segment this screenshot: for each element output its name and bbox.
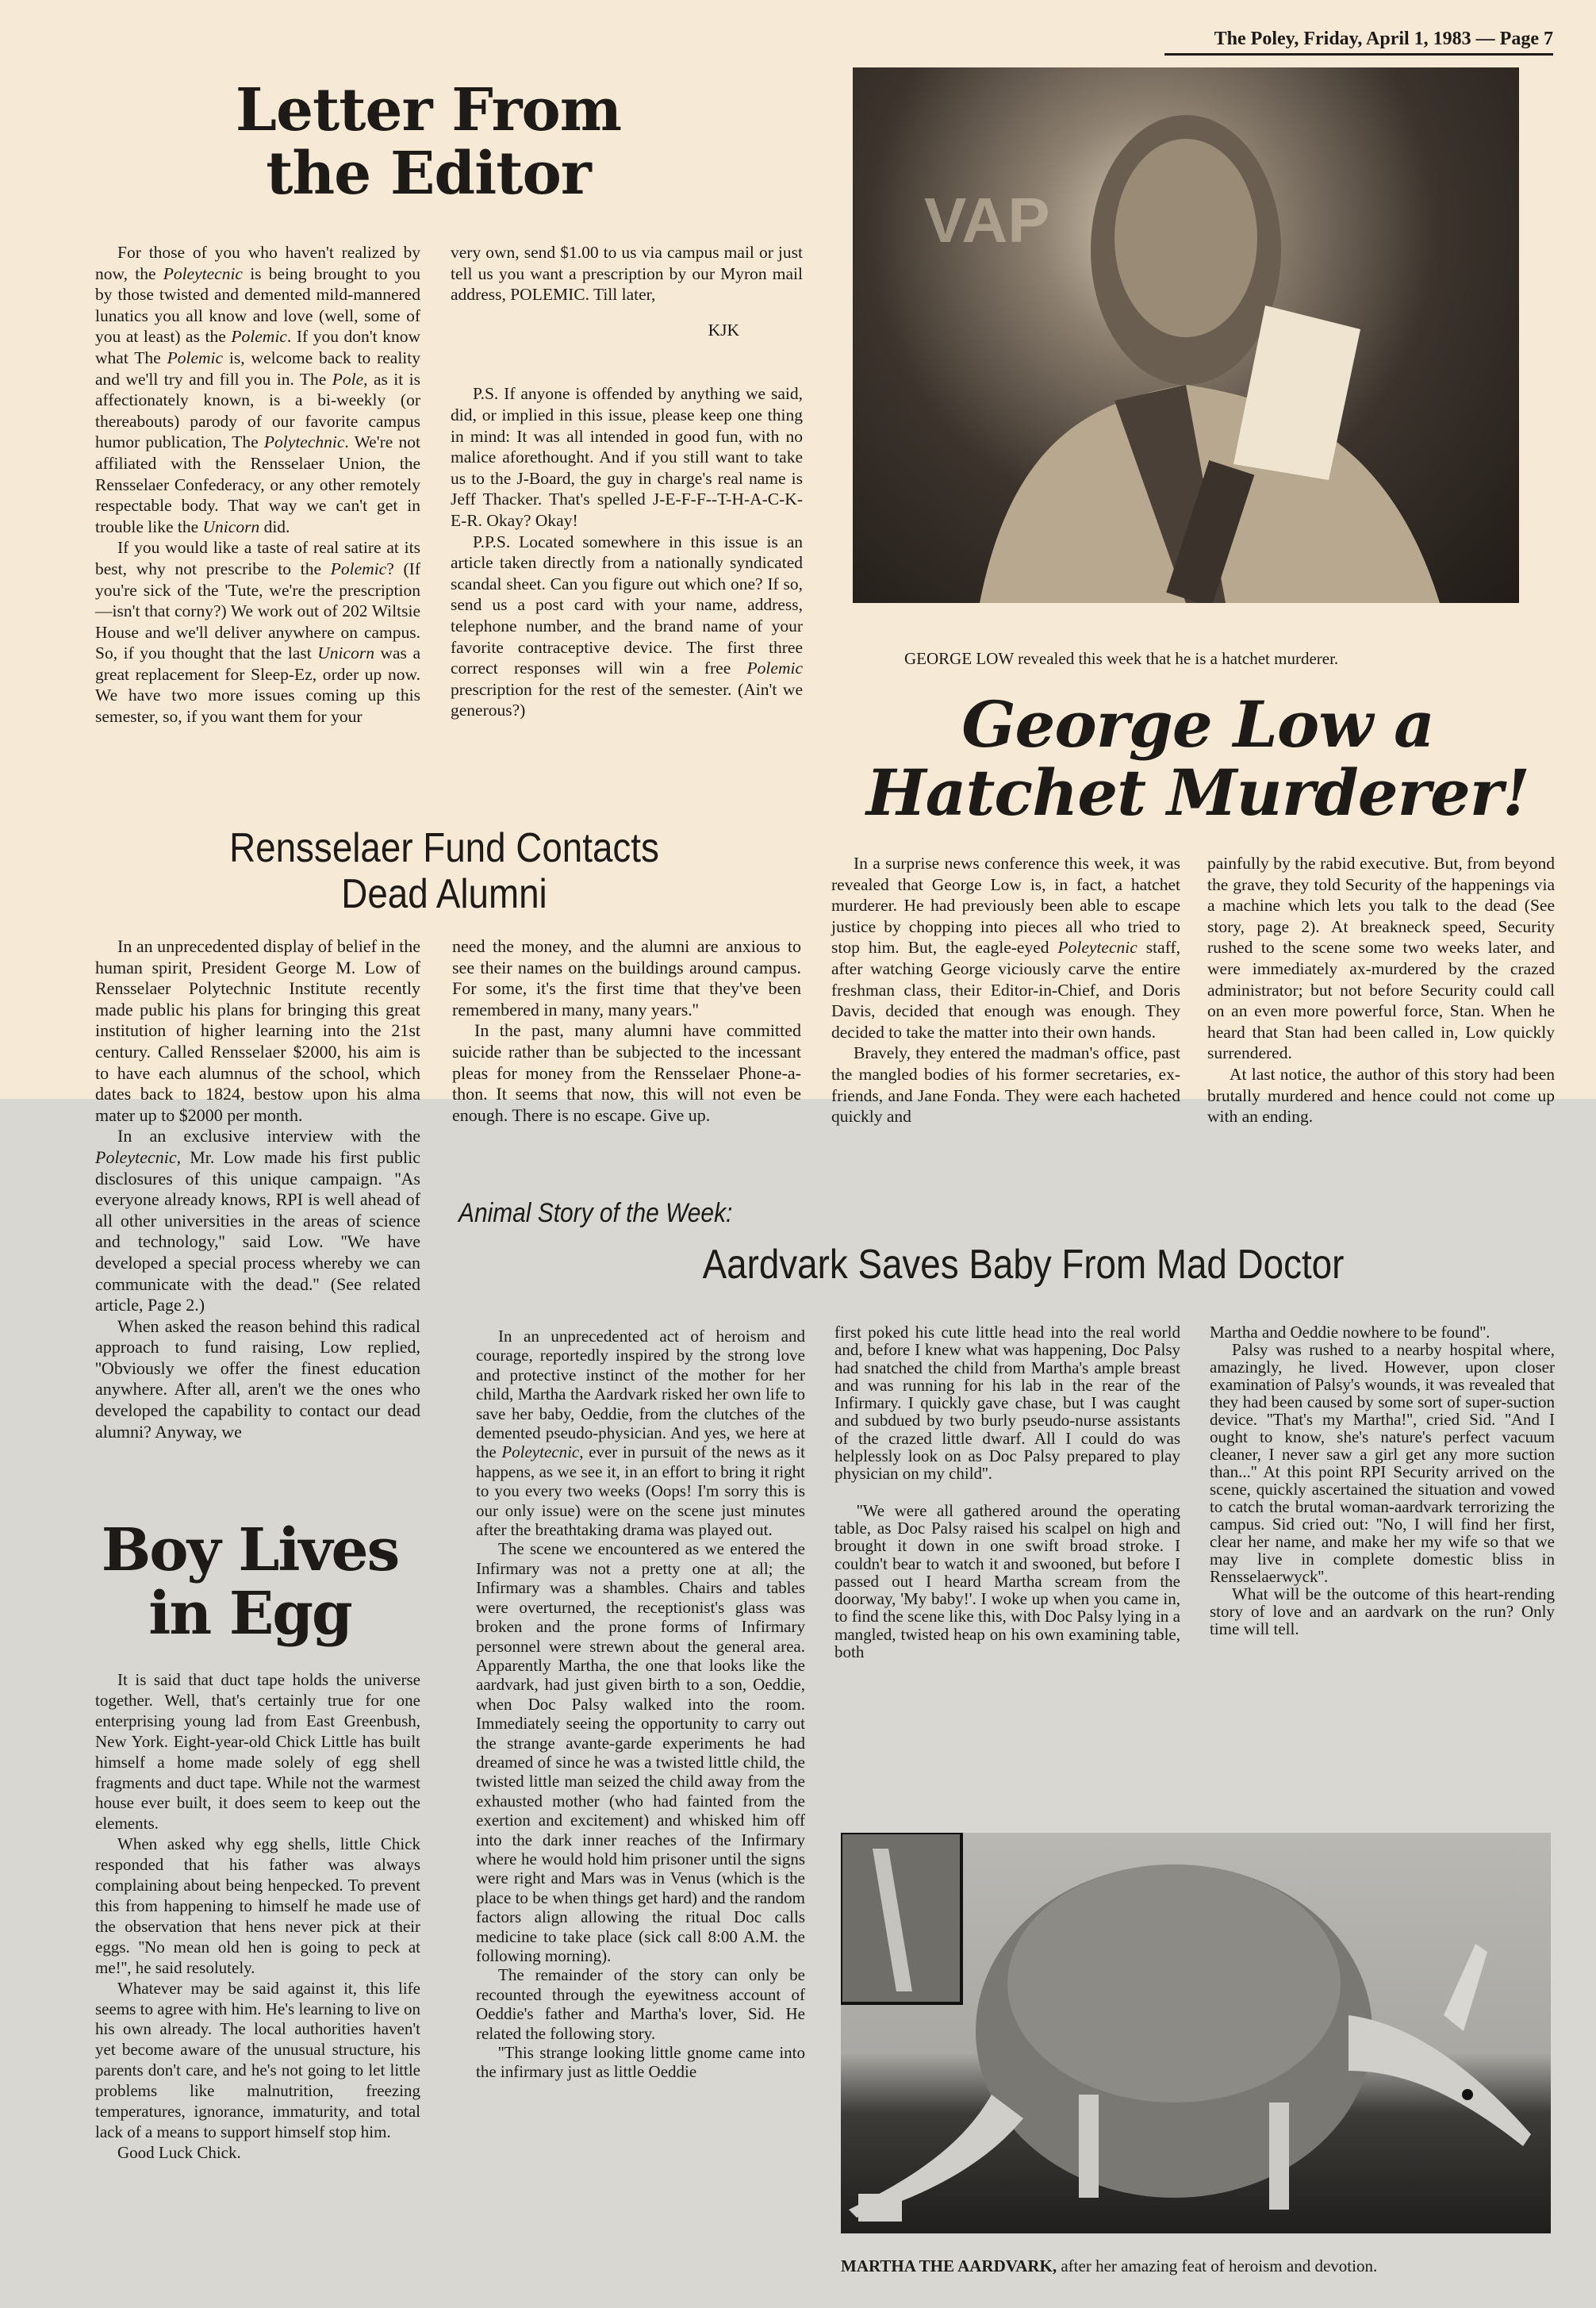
- paragraph: For those of you who haven't realized by…: [95, 242, 420, 537]
- boy-egg-headline: Boy Lives in Egg: [79, 1519, 420, 1646]
- running-head: The Poley, Friday, April 1, 1983 — Page …: [1164, 29, 1553, 56]
- paragraph: When asked the reason behind this radica…: [95, 1316, 420, 1443]
- paragraph: The scene we encountered as we entered t…: [476, 1539, 805, 1965]
- headline-line: the Editor: [119, 143, 738, 206]
- paragraph: If you would like a taste of real satire…: [95, 537, 420, 727]
- paragraph: painfully by the rabid executive. But, f…: [1207, 853, 1555, 1064]
- aardvark-caption: MARTHA THE AARDVARK, after her amazing f…: [841, 2256, 1555, 2276]
- headline-line: Rensselaer Fund Contacts: [123, 825, 765, 871]
- editor-letter-col2: very own, send $1.00 to us via campus ma…: [451, 242, 803, 721]
- paragraph: The remainder of the story can only be r…: [476, 1965, 805, 2043]
- paragraph: need the money, and the alumni are anxio…: [452, 936, 801, 1020]
- caption-text: after her amazing feat of heroism and de…: [1057, 2256, 1377, 2275]
- george-low-headline: George Low a Hatchet Murderer!: [841, 690, 1555, 828]
- aardvark-photo: [841, 1833, 1551, 2233]
- aardvark-col3: Martha and Oeddie nowhere to be found''.…: [1210, 1323, 1555, 1638]
- paragraph: In an unprecedented display of belief in…: [95, 936, 420, 1126]
- paragraph: Whatever may be said against it, this li…: [95, 1979, 420, 2143]
- headline-line: Boy Lives: [79, 1519, 420, 1583]
- headline-line: Hatchet Murderer!: [841, 758, 1555, 827]
- aardvark-illustration: [841, 1833, 1551, 2233]
- boy-egg-body: It is said that duct tape holds the univ…: [95, 1670, 420, 2164]
- paragraph: Bravely, they entered the madman's offic…: [831, 1043, 1180, 1127]
- man-with-cleaver-illustration: VAP: [853, 67, 1519, 603]
- post-postscript: P.P.S. Located somewhere in this issue i…: [451, 532, 803, 721]
- paragraph: Good Luck Chick.: [95, 2143, 420, 2164]
- aardvark-headline: Aardvark Saves Baby From Mad Doctor: [555, 1242, 1490, 1288]
- george-low-col1: In a surprise news conference this week,…: [831, 853, 1180, 1127]
- editor-letter-headline: Letter From the Editor: [119, 79, 738, 206]
- svg-text:VAP: VAP: [924, 185, 1050, 255]
- george-low-col2: painfully by the rabid executive. But, f…: [1207, 853, 1555, 1127]
- paragraph: ''We were all gathered around the operat…: [834, 1502, 1180, 1661]
- paragraph: In a surprise news conference this week,…: [831, 853, 1180, 1043]
- aardvark-col2: first poked his cute little head into th…: [834, 1323, 1180, 1661]
- headline-line: George Low a: [841, 690, 1555, 758]
- george-low-caption: GEORGE LOW revealed this week that he is…: [904, 649, 1507, 669]
- paragraph: In an exclusive interview with the Poley…: [95, 1126, 420, 1315]
- george-low-photo: VAP: [853, 67, 1519, 603]
- paragraph: first poked his cute little head into th…: [834, 1323, 1180, 1483]
- postscript: P.S. If anyone is offended by anything w…: [451, 383, 803, 531]
- aardvark-kicker: Animal Story of the Week:: [458, 1198, 732, 1229]
- paragraph: It is said that duct tape holds the univ…: [95, 1670, 420, 1834]
- caption-subject: MARTHA THE AARDVARK,: [841, 2256, 1057, 2275]
- paragraph: ''This strange looking little gnome came…: [476, 2043, 805, 2082]
- paragraph: What will be the outcome of this heart-r…: [1210, 1585, 1555, 1638]
- aardvark-col1: In an unprecedented act of heroism and c…: [476, 1327, 805, 2082]
- paragraph: At last notice, the author of this story…: [1207, 1064, 1555, 1127]
- paragraph: When asked why egg shells, little Chick …: [95, 1834, 420, 1978]
- editor-letter-col1: For those of you who haven't realized by…: [95, 242, 420, 728]
- paragraph: Palsy was rushed to a nearby hospital wh…: [1210, 1341, 1555, 1585]
- rensselaer-fund-headline: Rensselaer Fund Contacts Dead Alumni: [123, 825, 765, 917]
- paragraph: In an unprecedented act of heroism and c…: [476, 1327, 805, 1539]
- paragraph: Martha and Oeddie nowhere to be found''.: [1210, 1323, 1555, 1341]
- paragraph: very own, send $1.00 to us via campus ma…: [451, 242, 803, 305]
- paragraph: In the past, many alumni have committed …: [452, 1020, 801, 1126]
- editor-signature: KJK: [451, 320, 803, 341]
- rensselaer-fund-col1: In an unprecedented display of belief in…: [95, 936, 420, 1442]
- headline-line: Letter From: [119, 79, 738, 143]
- rensselaer-fund-col2: need the money, and the alumni are anxio…: [452, 936, 801, 1126]
- headline-line: in Egg: [79, 1583, 420, 1646]
- headline-line: Dead Alumni: [123, 871, 765, 917]
